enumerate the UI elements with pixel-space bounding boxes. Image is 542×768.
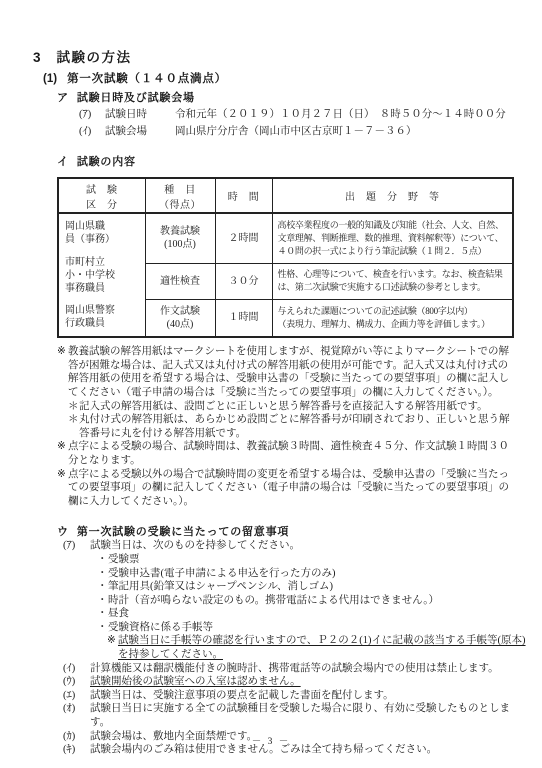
- item-label: (ｵ): [63, 702, 90, 729]
- notice-item-devices: (ｲ) 計算機能又は翻訳機能付きの腕時計、携帯電話等の試験会場内での使用は禁止し…: [63, 662, 515, 676]
- col-header-subject: 種 目 （得点）: [145, 178, 215, 213]
- belonging-item-ticket: ・ 受験票: [97, 553, 512, 567]
- note-marker: ＊: [68, 413, 79, 440]
- bullet-marker: ・: [97, 567, 108, 581]
- note-marker: ※: [57, 468, 68, 509]
- time-cell: ３０分: [215, 263, 272, 299]
- item-text: 試験当日は、次のものを持参してください。: [90, 539, 300, 553]
- note-circle-sheet: ＊ 丸付け式の解答用紙は、あらかじめ設問ごとに解答番号が印刷されており、正しいと…: [68, 413, 514, 440]
- subsection-i-title: 試験の内容: [77, 156, 136, 168]
- note-text: 記入式の解答用紙は、設問ごとに正しいと思う解答番号を直接記入する解答用紙です。: [79, 400, 488, 414]
- item-text: 試験当日は、受験注意事項の要点を記載した書面を配付します。: [90, 689, 394, 703]
- table-header-row: 試 験 区 分 種 目 （得点） 時 間 出 題 分 野 等: [58, 178, 513, 213]
- belonging-text: 昼食: [108, 607, 129, 621]
- item-label: (ｲ): [63, 662, 90, 676]
- field-description-cell: 性格、心理等について、検査を行います。なお、検査結果は、第二次試験で実施する口述…: [272, 263, 513, 299]
- belonging-item-certificate: ・ 受験資格に係る手帳等: [97, 621, 512, 635]
- exam-content-table: 試 験 区 分 種 目 （得点） 時 間 出 題 分 野 等 岡山県職 員（事務…: [57, 177, 514, 338]
- exam-datetime-value: 令和元年（２０１９）１０月２７日（日） ８時５０分～１４時００分: [175, 108, 506, 122]
- bullet-marker: ・: [97, 553, 108, 567]
- note-text: 教養試験の解答用紙はマークシートを使用しますが、視覚障がい等によりマークシートで…: [68, 345, 514, 399]
- note-certificate-check: ※ 試験当日に手帳等の確認を行いますので、Ｐ２の２(1)イに記載の該当する手帳等…: [107, 634, 527, 661]
- notice-item-bring: (ｱ) 試験当日は、次のものを持参してください。: [63, 539, 515, 553]
- note-time-change: ※ 点字による受験以外の場合で試験時間の変更を希望する場合は、受験申込書の「受験…: [57, 468, 514, 509]
- note-marker: ※: [57, 345, 68, 399]
- item-label: (ｴ): [63, 689, 90, 703]
- notice-item-handout: (ｴ) 試験当日は、受験注意事項の要点を記載した書面を配付します。: [63, 689, 515, 703]
- subsection-a-label: ア: [57, 89, 69, 105]
- subject-cell: 作文試験 (40点): [145, 299, 215, 337]
- row-key: 試験日時: [105, 108, 161, 122]
- belonging-item-watch: ・ 時計（音が鳴らない設定のもの。携帯電話による代用はできません。）: [97, 594, 512, 608]
- time-cell: ２時間: [215, 213, 272, 263]
- item-text-underlined: 試験開始後の試験室への入室は認めません。: [90, 675, 301, 689]
- section-1-label: (1): [43, 73, 57, 85]
- col-header-exam-category: 試 験 区 分: [58, 178, 145, 213]
- note-answer-sheet: ※ 教養試験の解答用紙はマークシートを使用しますが、視覚障がい等によりマークシー…: [57, 345, 514, 399]
- page-number: － 3 －: [0, 733, 542, 747]
- note-marker: ※: [107, 634, 118, 661]
- notice-item-all-subjects: (ｵ) 試験日当日に実施する全ての試験種目を受験した場合に限り、有効に受験したも…: [63, 702, 515, 729]
- table-row: 岡山県職 員（事務） 市町村立 小・中学校 事務職員 岡山県警察 行政職員 教養…: [58, 213, 513, 263]
- exam-datetime-row: (ｱ) 試験日時 令和元年（２０１９）１０月２７日（日） ８時５０分～１４時００…: [79, 108, 512, 122]
- note-text-underlined: 試験当日に手帳等の確認を行いますので、Ｐ２の２(1)イに記載の該当する手帳等(原…: [118, 634, 527, 661]
- note-marker: ＊: [68, 400, 79, 414]
- note-text: 点字による受験以外の場合で試験時間の変更を希望する場合は、受験申込書の「受験に当…: [68, 468, 514, 509]
- belonging-text: 受験票: [108, 553, 140, 567]
- row-label: (ｲ): [79, 125, 105, 139]
- exam-venue-value: 岡山県庁分庁舎（岡山市中区古京町１－７－３６）: [175, 125, 417, 139]
- subsection-i-label: イ: [57, 153, 69, 169]
- belonging-text: 受験申込書(電子申請による申込を行った方のみ): [108, 567, 336, 581]
- note-fill-in-sheet: ＊ 記入式の解答用紙は、設問ごとに正しいと思う解答番号を直接記入する解答用紙です…: [68, 400, 514, 414]
- job-categories-cell: 岡山県職 員（事務） 市町村立 小・中学校 事務職員 岡山県警察 行政職員: [58, 213, 145, 337]
- job-category: 岡山県警察 行政職員: [65, 304, 141, 330]
- item-label: (ｳ): [63, 675, 90, 689]
- bullet-marker: ・: [97, 621, 108, 635]
- belonging-text: 筆記用具(鉛筆又はシャープペンシル、消しゴム): [108, 580, 333, 594]
- bullet-marker: ・: [97, 580, 108, 594]
- field-description-cell: 与えられた課題についての記述試験（800字以内） （表現力、理解力、構成力、企画…: [272, 299, 513, 337]
- document-page: 3試験の方法 (1)第一次試験（１４０点満点） ア試験日時及び試験会場 (ｱ) …: [0, 0, 542, 768]
- heading-text: 試験の方法: [57, 50, 132, 65]
- col-header-field: 出 題 分 野 等: [272, 178, 513, 213]
- time-cell: １時間: [215, 299, 272, 337]
- exam-venue-row: (ｲ) 試験会場 岡山県庁分庁舎（岡山市中区古京町１－７－３６）: [79, 125, 512, 139]
- subsection-u-label: ウ: [57, 523, 69, 539]
- item-text: 試験日当日に実施する全ての試験種目を受験した場合に限り、有効に受験したものとしま…: [90, 702, 515, 729]
- note-marker: ※: [57, 440, 68, 467]
- bullet-marker: ・: [97, 594, 108, 608]
- job-category: 岡山県職 員（事務）: [65, 220, 141, 246]
- subsection-a-title: 試験日時及び試験会場: [77, 92, 195, 104]
- bullet-marker: ・: [97, 607, 108, 621]
- note-braille-time: ※ 点字による受験の場合、試験時間は、教養試験３時間、適性検査４５分、作文試験１…: [57, 440, 514, 467]
- section-1-title: 第一次試験（１４０点満点）: [67, 73, 227, 85]
- subsection-u-heading: ウ第一次試験の受験に当たっての留意事項: [57, 523, 512, 539]
- heading-number: 3: [33, 50, 41, 65]
- notice-item-no-entry: (ｳ) 試験開始後の試験室への入室は認めません。: [63, 675, 515, 689]
- note-text: 丸付け式の解答用紙は、あらかじめ設問ごとに解答番号が印刷されており、正しいと思う…: [79, 413, 514, 440]
- subject-cell: 教養試験 (100点): [145, 213, 215, 263]
- item-label: (ｱ): [63, 539, 90, 553]
- belonging-text: 時計（音が鳴らない設定のもの。携帯電話による代用はできません。）: [108, 594, 439, 608]
- item-text: 計算機能又は翻訳機能付きの腕時計、携帯電話等の試験会場内での使用は禁止します。: [90, 662, 499, 676]
- belonging-item-stationery: ・ 筆記用具(鉛筆又はシャープペンシル、消しゴム): [97, 580, 512, 594]
- row-key: 試験会場: [105, 125, 161, 139]
- subject-cell: 適性検査: [145, 263, 215, 299]
- col-header-time: 時 間: [215, 178, 272, 213]
- subsection-u-title: 第一次試験の受験に当たっての留意事項: [77, 526, 289, 538]
- belonging-text: 受験資格に係る手帳等: [108, 621, 213, 635]
- subsection-a-heading: ア試験日時及び試験会場: [57, 89, 512, 105]
- note-text: 点字による受験の場合、試験時間は、教養試験３時間、適性検査４５分、作文試験１時間…: [68, 440, 514, 467]
- row-label: (ｱ): [79, 108, 105, 122]
- page-title: 3試験の方法: [33, 46, 512, 66]
- subsection-i-heading: イ試験の内容: [57, 153, 512, 169]
- section-1-heading: (1)第一次試験（１４０点満点）: [43, 70, 512, 86]
- job-category: 市町村立 小・中学校 事務職員: [65, 256, 141, 295]
- field-description-cell: 高校卒業程度の一般的知識及び知能（社会、人文、自然、文章理解、判断推理、数的推理…: [272, 213, 513, 263]
- belonging-item-application: ・ 受験申込書(電子申請による申込を行った方のみ): [97, 567, 512, 581]
- belonging-item-lunch: ・ 昼食: [97, 607, 512, 621]
